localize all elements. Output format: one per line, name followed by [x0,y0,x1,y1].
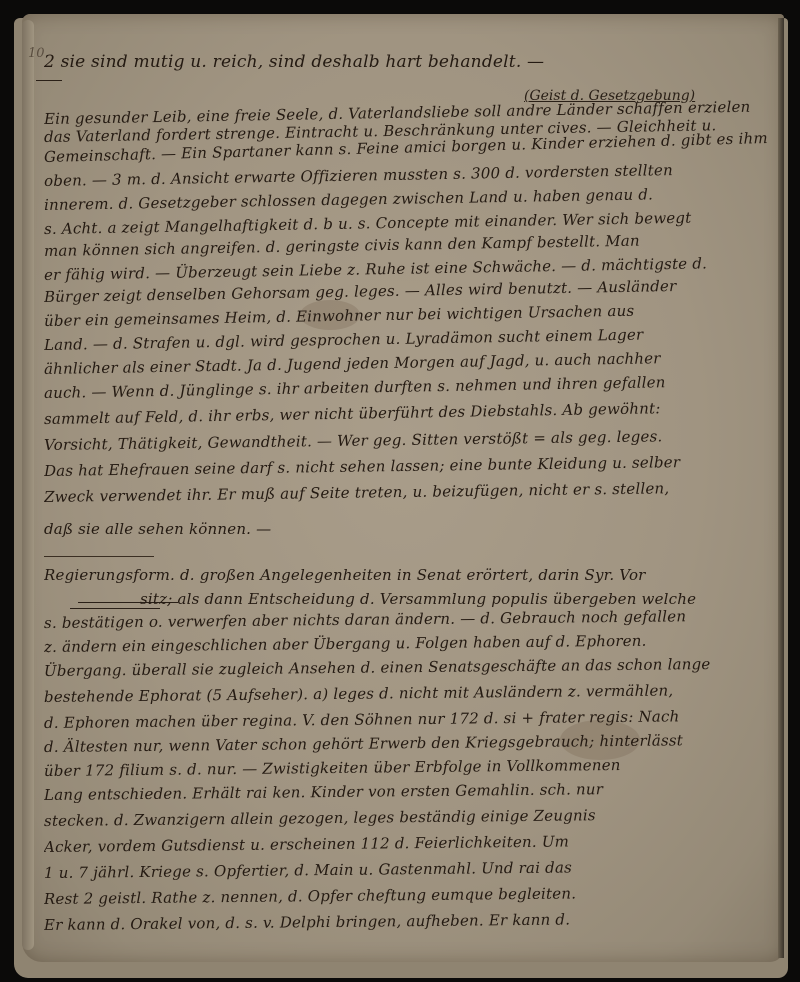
page-edge-right [778,18,784,958]
manuscript-line: sitz; als dann Entscheidung d. Versammlu… [140,590,772,608]
manuscript-line: 2 sie sind mutig u. reich, sind deshalb … [44,52,772,72]
section-divider [44,556,154,557]
page-number-underline [36,80,62,81]
heading-underline [70,608,160,609]
manuscript-line: daß sie alle sehen können. — [44,520,772,538]
manuscript-line-heading: Regierungsform. d. großen Angelegenheite… [44,566,772,584]
page-edge-left [22,20,34,950]
margin-note: 10 [28,46,45,61]
